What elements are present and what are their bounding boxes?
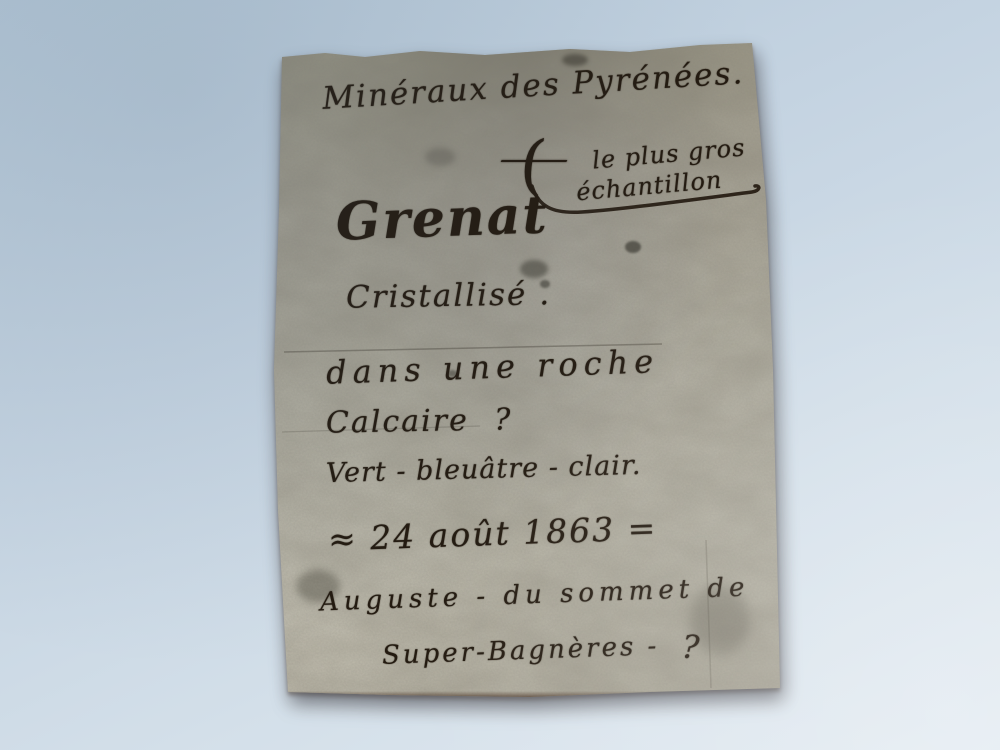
note-line-calcaire: Calcaire ? <box>326 402 513 440</box>
stain-spot <box>520 260 548 278</box>
photograph-background: Minéraux des Pyrénées. — ( le plus gros … <box>0 0 1000 750</box>
note-line-roche: dans une roche <box>325 342 659 392</box>
stain-spot <box>625 241 641 253</box>
annotation-line1: le plus gros <box>591 133 746 174</box>
mineral-name-heading: Grenat <box>335 184 549 252</box>
note-line-date: ≈ 24 août 1863 = <box>327 508 657 558</box>
note-line-provenance1: Auguste - du sommet de <box>320 573 750 618</box>
paper-label: Minéraux des Pyrénées. — ( le plus gros … <box>270 40 786 700</box>
note-line-provenance2: Super-Bagnères - <box>382 631 660 671</box>
note-line-couleur: Vert - bleuâtre - clair. <box>326 450 642 489</box>
paper-bottom-edge-shadow <box>270 691 786 700</box>
note-line-cristallise: Cristallisé . <box>346 276 552 316</box>
crease-line-vertical <box>706 540 711 688</box>
note-title: Minéraux des Pyrénées. <box>321 55 745 117</box>
paper-surface: Minéraux des Pyrénées. — ( le plus gros … <box>270 40 786 700</box>
stain-spot <box>425 148 455 166</box>
note-question-mark: ? <box>681 627 701 666</box>
